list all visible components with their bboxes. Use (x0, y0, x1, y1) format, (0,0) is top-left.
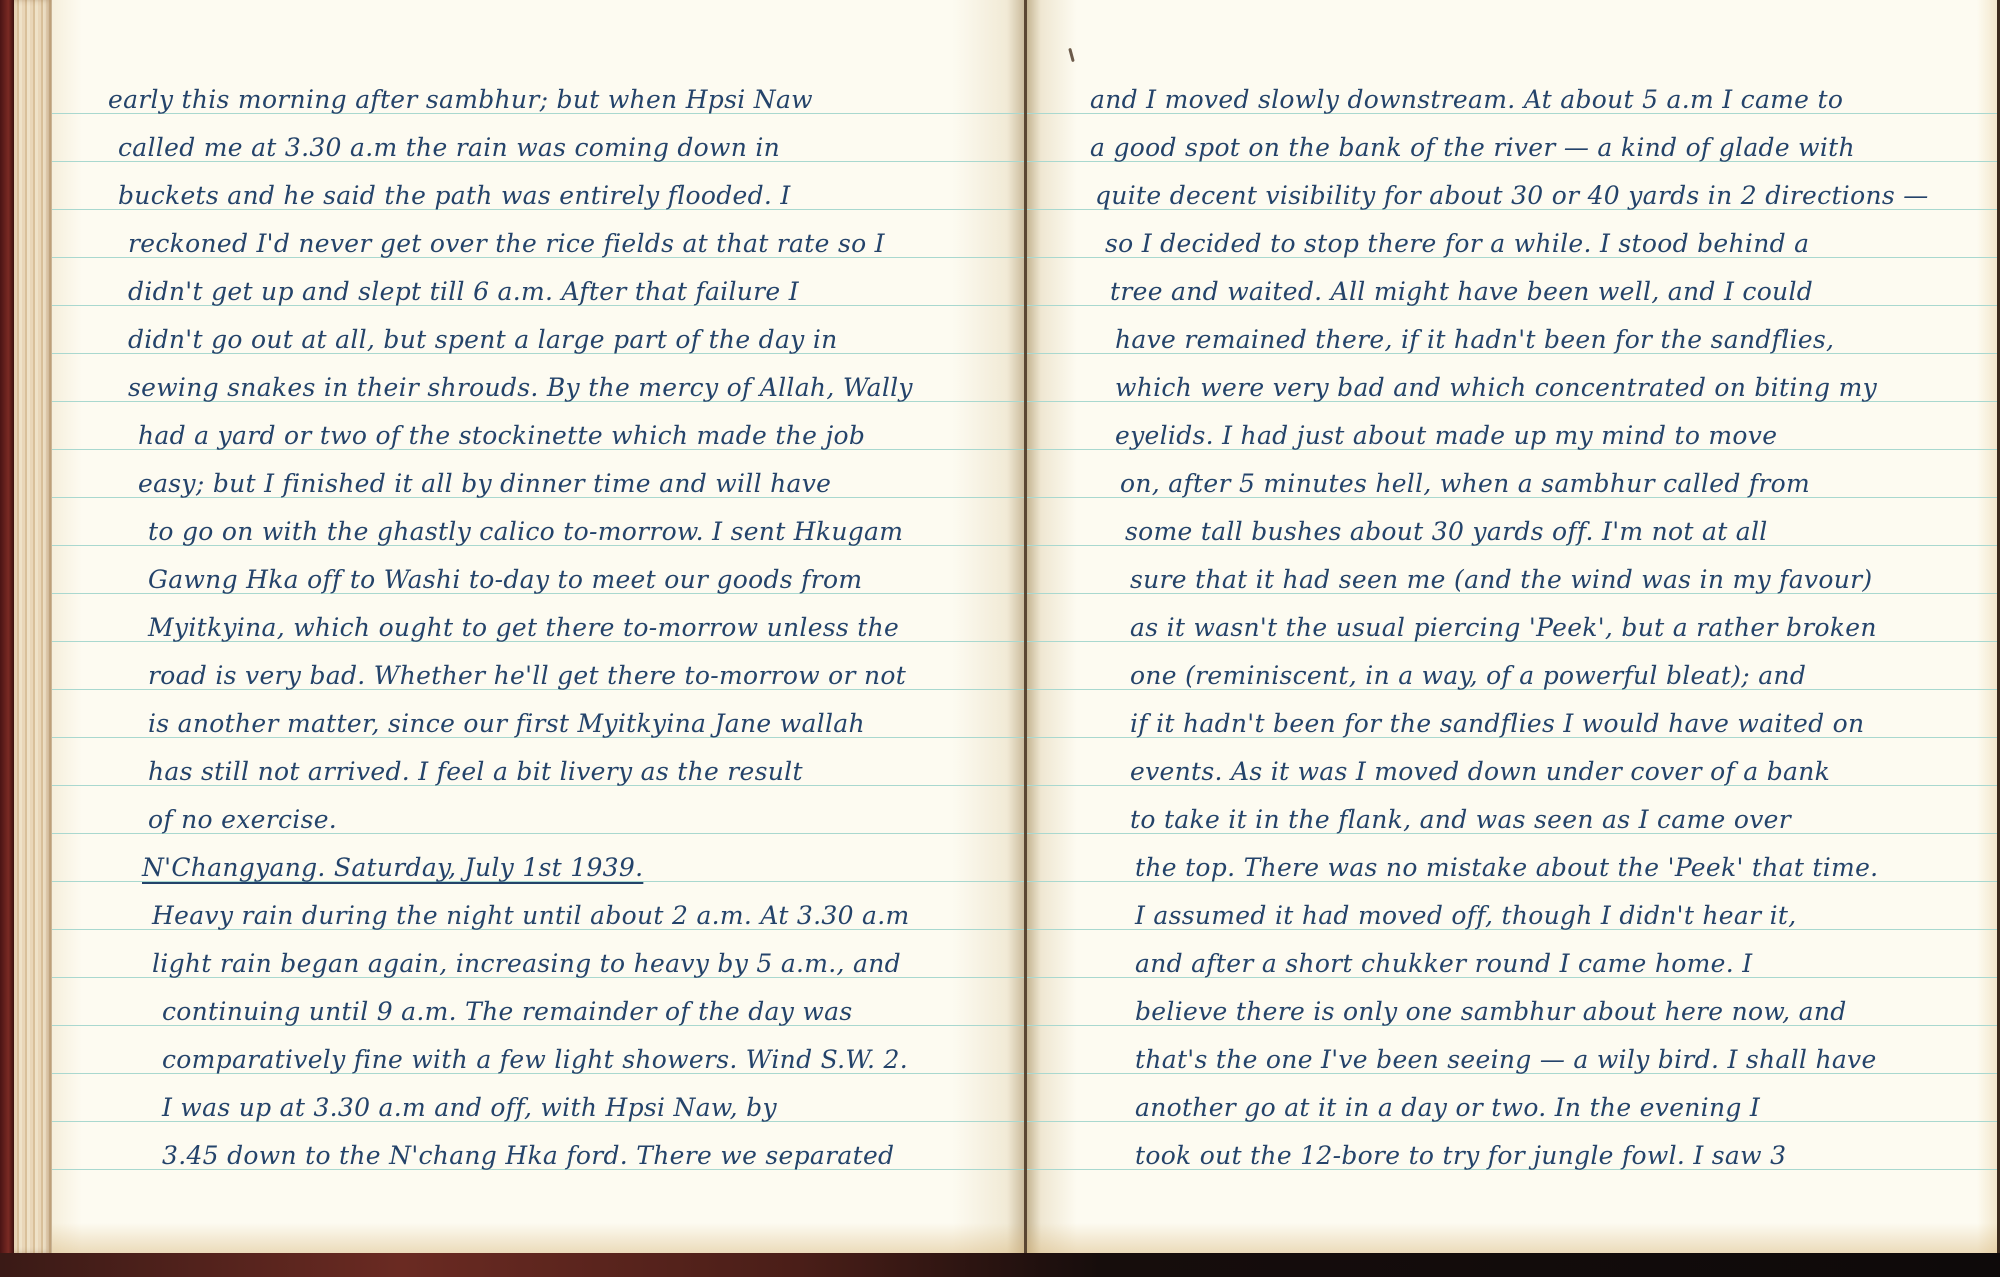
text-line: Gawng Hka off to Washi to-day to meet ou… (148, 565, 862, 594)
text-line: to go on with the ghastly calico to-morr… (148, 517, 903, 546)
text-line: as it wasn't the usual piercing 'Peek', … (1130, 613, 1877, 642)
text-line: didn't go out at all, but spent a large … (128, 325, 838, 354)
text-line: light rain began again, increasing to he… (152, 949, 901, 978)
text-line: some tall bushes about 30 yards off. I'm… (1125, 517, 1768, 546)
text-line: events. As it was I moved down under cov… (1130, 757, 1830, 786)
text-line: that's the one I've been seeing — a wily… (1135, 1045, 1877, 1074)
text-line: road is very bad. Whether he'll get ther… (148, 661, 906, 690)
text-line: quite decent visibility for about 30 or … (1095, 181, 1929, 210)
entry-heading: N'Changyang. Saturday, July 1st 1939. (142, 853, 643, 882)
text-line: Myitkyina, which ought to get there to-m… (148, 613, 899, 642)
text-line: tree and waited. All might have been wel… (1110, 277, 1813, 306)
text-line: comparatively fine with a few light show… (162, 1045, 908, 1074)
right-page: and I moved slowly downstream. At about … (1027, 0, 1997, 1253)
text-line: if it hadn't been for the sandflies I wo… (1130, 709, 1864, 738)
text-line: and I moved slowly downstream. At about … (1090, 85, 1843, 114)
text-line: which were very bad and which concentrat… (1115, 373, 1877, 402)
page-block-edge (14, 0, 52, 1253)
text-line: on, after 5 minutes hell, when a sambhur… (1120, 469, 1810, 498)
text-line: 3.45 down to the N'chang Hka ford. There… (162, 1141, 894, 1170)
text-line: sure that it had seen me (and the wind w… (1130, 565, 1872, 594)
text-line: called me at 3.30 a.m the rain was comin… (118, 133, 780, 162)
text-line: took out the 12-bore to try for jungle f… (1135, 1141, 1786, 1170)
text-line: I assumed it had moved off, though I did… (1135, 901, 1797, 930)
text-line: one (reminiscent, in a way, of a powerfu… (1130, 661, 1806, 690)
text-line: buckets and he said the path was entirel… (118, 181, 791, 210)
left-page: early this morning after sambhur; but wh… (52, 0, 1025, 1253)
text-line: is another matter, since our first Myitk… (148, 709, 865, 738)
text-line: to take it in the flank, and was seen as… (1130, 805, 1791, 834)
text-line: a good spot on the bank of the river — a… (1090, 133, 1855, 162)
text-line: didn't get up and slept till 6 a.m. Afte… (128, 277, 799, 306)
text-line: has still not arrived. I feel a bit live… (148, 757, 803, 786)
notebook-scan: early this morning after sambhur; but wh… (0, 0, 2000, 1277)
text-line: Heavy rain during the night until about … (152, 901, 910, 930)
binding-bottom-edge (0, 1253, 2000, 1277)
text-line: early this morning after sambhur; but wh… (108, 85, 813, 114)
text-line: of no exercise. (148, 805, 337, 834)
text-line: believe there is only one sambhur about … (1135, 997, 1847, 1026)
text-line: eyelids. I had just about made up my min… (1115, 421, 1777, 450)
text-line: reckoned I'd never get over the rice fie… (128, 229, 885, 258)
text-line: another go at it in a day or two. In the… (1135, 1093, 1760, 1122)
text-line: have remained there, if it hadn't been f… (1115, 325, 1834, 354)
text-line: sewing snakes in their shrouds. By the m… (128, 373, 913, 402)
text-line: I was up at 3.30 a.m and off, with Hpsi … (162, 1093, 777, 1122)
text-line: had a yard or two of the stockinette whi… (138, 421, 865, 450)
text-line: continuing until 9 a.m. The remainder of… (162, 997, 852, 1026)
text-line: so I decided to stop there for a while. … (1105, 229, 1809, 258)
book-cover-edge (0, 0, 14, 1277)
text-line: the top. There was no mistake about the … (1135, 853, 1878, 882)
text-line: easy; but I finished it all by dinner ti… (138, 469, 831, 498)
text-line: and after a short chukker round I came h… (1135, 949, 1752, 978)
